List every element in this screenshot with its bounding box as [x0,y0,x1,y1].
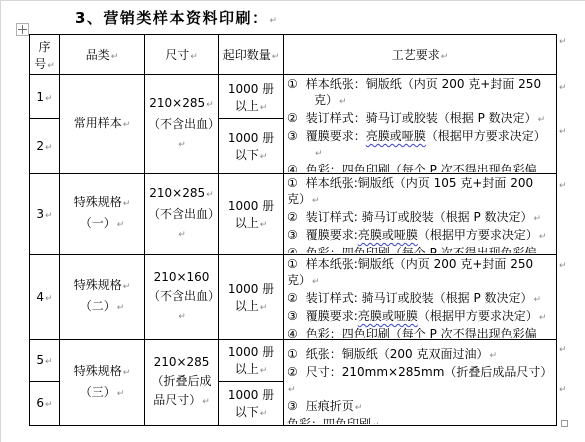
requirement-text: 覆膜要求: [306,228,358,242]
requirement-line: ③覆膜要求:亮膜或哑膜（根据甲方要求决定）↵ [287,308,553,326]
size-cell: 210×285↵ （不含出血）↵ [145,174,219,255]
requirement-line: 色彩：四色印刷↵ [287,416,553,424]
seq-value: 2 [36,139,44,153]
requirements-list: ①样本纸张:铜版纸（内页 200 克+封面 250 克）↵ ②装订样式: 骑马订… [287,256,553,338]
requirement-text: 色彩：四色印刷（每个 P [306,246,441,253]
spellcheck-underlined-text: 次不得 [441,327,477,338]
requirement-text: （根据甲方要求决定） [418,309,538,323]
requirement-line: ②装订样式：骑马订或胶装（根据 P 数决定）↵ [287,110,553,128]
quantity-value: 1000 册以上 [228,199,274,230]
spellcheck-underlined-text: 次不得 [441,246,477,253]
requirement-text: （根据甲方要求决定） [426,129,546,143]
cell-mark: ↵ [117,303,125,313]
quantity-cell: 1000 册以上↵ [219,75,284,119]
cell-mark: ↵ [260,303,268,313]
paragraph-mark: ↵ [312,277,320,287]
quantity-value: 1000 册以上 [228,282,274,313]
cell-mark: ↵ [206,100,214,110]
cell-mark: ↵ [45,294,53,304]
quantity-cell: 1000 册以下↵ [219,381,284,425]
seq-cell: 5↵ [30,340,60,382]
requirement-text: 色彩：四色印刷（每个 P [306,163,441,172]
seq-cell: 4↵ [30,255,60,340]
requirement-line: ④色彩：四色印刷（每个 P 次不得出现色彩偏差）↵ [287,162,553,172]
cell-mark: ↵ [123,368,131,378]
category-text: 常用样本↵ [63,114,141,135]
quantity-cell: 1000 册以上↵ [219,340,284,382]
requirements-cell: ①纸张：铜版纸（200 克双面过油）↵ ②尺寸：210mm×285mm（折叠后成… [284,340,557,426]
cell-mark: ↵ [117,389,125,399]
requirement-text: 样本纸张:铜版纸（内页 105 克+封面 200 克） [287,176,533,206]
seq-value: 3 [36,207,44,221]
requirements-list: ①纸张：铜版纸（200 克双面过油）↵ ②尺寸：210mm×285mm（折叠后成… [287,341,553,424]
paragraph-mark: ↵ [312,196,320,206]
requirement-text: 装订样式: 骑马订或胶装（根据 P 数决定） [306,210,533,224]
quantity-cell: 1000 册以上↵ [219,255,284,340]
seq-value: 6 [36,396,44,410]
requirement-text: 压痕折页 [306,399,354,413]
table-row: 5↵ 特殊规格↵ （三）↵ 210×285（折叠后成品尺寸）↵ 1000 册以上… [30,340,557,382]
cell-mark: ↵ [260,220,268,230]
size-cell: 210×160（不含出血）↵ [145,255,219,340]
requirement-line: ③覆膜要求：亮膜或哑膜（根据甲方要求决定）↵ [287,128,553,162]
table-row: 3↵ 特殊规格↵ （一）↵ 210×285↵ （不含出血）↵ 1000 册以上↵… [30,174,557,255]
header-quantity: 起印数量↵ [219,35,284,75]
table-row: 4↵ 特殊规格↵ （二）↵ 210×160（不含出血）↵ 1000 册以上↵ ①… [30,255,557,340]
category-text: （一）↵ [63,214,141,235]
item-number: ④ [287,246,298,253]
table-header-row: 序号↵ 品类↵ 尺寸↵ 起印数量↵ 工艺要求↵ [30,35,557,75]
end-of-row-mark: ↵ [559,181,567,191]
category-cell: 常用样本↵ [60,75,145,174]
requirement-text: 装订样式：骑马订或胶装（根据 P 数决定） [306,111,537,125]
category-cell: 特殊规格↵ （二）↵ [60,255,145,340]
quantity-cell: 1000 册以上↵ [219,174,284,255]
section-title-text: 3、营销类样本资料印刷： [75,9,268,27]
item-number: ② [287,111,298,125]
item-number: ② [287,291,298,305]
table-resize-handle[interactable] [561,420,568,427]
item-number: ③ [287,228,298,242]
paragraph-mark: ↵ [355,403,363,413]
header-label: 品类 [86,48,110,62]
size-line: （不含出血）↵ [148,205,215,245]
paragraph-mark: ↵ [315,149,323,159]
cell-mark: ↵ [111,52,119,62]
end-of-row-mark: ↵ [559,127,567,137]
end-of-row-mark: ↵ [559,261,567,271]
document-page: 3、营销类样本资料印刷：↵ 序号↵ 品类↵ 尺寸↵ 起印数量↵ 工艺要求↵ 1↵… [0,0,585,442]
item-number: ② [287,365,298,379]
header-requirements: 工艺要求↵ [284,35,557,75]
paragraph-mark: ↵ [539,313,547,323]
quantity-value: 1000 册以上 [228,345,274,376]
cell-mark: ↵ [272,52,280,62]
requirements-cell: ①样本纸张:铜版纸（内页 200 克+封面 250 克）↵ ②装订样式: 骑马订… [284,255,557,340]
cell-mark: ↵ [260,152,268,162]
end-of-row-mark: ↵ [559,345,567,355]
seq-value: 1 [36,90,44,104]
requirement-line: ④色彩：四色印刷（每个 P 次不得出现色彩偏差）↵ [287,326,553,338]
item-number: ③ [287,309,298,323]
size-line: 210×160（不含出血）↵ [148,268,215,327]
cell-mark: ↵ [260,366,268,376]
section-title: 3、营销类样本资料印刷：↵ [75,7,277,28]
seq-cell: 6↵ [30,381,60,425]
requirement-text: 尺寸：210mm×285mm（折叠后成品尺寸） [306,365,553,379]
seq-value: 4 [36,290,44,304]
requirement-line: ②装订样式: 骑马订或胶装（根据 P 数决定）↵ [287,290,553,308]
cell-mark: ↵ [45,211,53,221]
paragraph-mark: ↵ [539,232,547,242]
paragraph-mark: ↵ [288,385,296,395]
header-label: 起印数量 [223,48,271,62]
spellcheck-underlined-text: 亮膜或哑膜 [358,228,418,242]
requirement-text: 覆膜要求: [306,309,358,323]
table-row: 1↵ 常用样本↵ 210×285↵ （不含出血）↵ 1000 册以上↵ ①样本纸… [30,75,557,119]
cell-mark: ↵ [117,220,125,230]
size-line: 210×285↵ [148,184,215,205]
size-line: 210×285（折叠后成品尺寸）↵ [148,353,215,412]
cell-mark: ↵ [45,94,53,104]
requirement-line: ①纸张：铜版纸（200 克双面过油）↵ [287,346,553,364]
cell-mark: ↵ [45,357,53,367]
end-of-row-mark: ↵ [559,37,567,47]
cell-mark: ↵ [47,61,55,71]
requirement-text: 样本纸张:铜版纸（内页 200 克+封面 250 克） [287,257,533,287]
requirements-list: ①样本纸张:铜版纸（内页 105 克+封面 200 克）↵ ②装订样式: 骑马订… [287,175,553,253]
end-of-row-mark: ↵ [559,385,567,395]
cell-mark: ↵ [123,199,131,209]
quantity-cell: 1000 册以下↵ [219,119,284,174]
spellcheck-underlined-text: 次不得 [441,163,477,172]
item-number: ① [287,176,298,190]
size-cell: 210×285（折叠后成品尺寸）↵ [145,340,219,426]
requirement-line: ②尺寸：210mm×285mm（折叠后成品尺寸）↵ [287,364,553,398]
quantity-value: 1000 册以下 [228,388,274,419]
paragraph-mark: ↵ [339,97,347,107]
end-of-row-mark: ↵ [559,83,567,93]
cell-mark: ↵ [123,120,131,130]
requirements-cell: ①样本纸张:铜版纸（内页 105 克+封面 200 克）↵ ②装订样式: 骑马订… [284,174,557,255]
cell-mark: ↵ [178,312,186,322]
header-seq: 序号↵ [30,35,60,75]
item-number: ④ [287,163,298,172]
cell-mark: ↵ [202,397,210,407]
requirement-text: 纸张：铜版纸（200 克双面过油） [306,347,489,361]
cell-mark: ↵ [178,140,186,150]
header-category: 品类↵ [60,35,145,75]
requirement-text: 色彩：四色印刷 [287,417,371,424]
requirement-line: ③压痕折页↵ [287,398,553,416]
requirement-text: 色彩：四色印刷（每个 P [306,327,441,338]
item-number: ④ [287,327,298,338]
requirement-text: 覆膜要求： [306,129,366,143]
item-number: ③ [287,399,298,413]
size-line: （不含出血）↵ [148,115,215,155]
cell-mark: ↵ [260,103,268,113]
requirement-line: ①样本纸张:铜版纸（内页 200 克+封面 250 克）↵ [287,256,553,290]
item-number: ① [287,347,298,361]
requirement-line: ①样本纸张：铜版纸（内页 200 克+封面 250 克）↵ [287,76,553,110]
requirements-list: ①样本纸张：铜版纸（内页 200 克+封面 250 克）↵ ②装订样式：骑马订或… [287,76,553,172]
quantity-value: 1000 册以下 [228,131,274,162]
cell-mark: ↵ [45,400,53,410]
cell-mark: ↵ [441,52,449,62]
category-text: （二）↵ [63,297,141,318]
seq-cell: 3↵ [30,174,60,255]
paragraph-mark: ↵ [534,214,542,224]
paragraph-mark: ↵ [534,295,542,305]
cell-mark: ↵ [206,190,214,200]
move-cross-icon [22,25,23,34]
item-number: ③ [287,129,298,143]
paragraph-mark: ↵ [372,421,380,424]
requirement-line: ④色彩：四色印刷（每个 P 次不得出现色彩偏差）↵ [287,245,553,253]
requirement-line: ①样本纸张:铜版纸（内页 105 克+封面 200 克）↵ [287,175,553,209]
category-cell: 特殊规格↵ （一）↵ [60,174,145,255]
cell-mark: ↵ [178,230,186,240]
item-number: ① [287,77,298,91]
header-label: 尺寸 [165,48,189,62]
cell-mark: ↵ [190,52,198,62]
category-text: 特殊规格↵ [63,362,141,383]
seq-cell: 2↵ [30,119,60,174]
header-size: 尺寸↵ [145,35,219,75]
requirements-cell: ①样本纸张：铜版纸（内页 200 克+封面 250 克）↵ ②装订样式：骑马订或… [284,75,557,174]
cell-mark: ↵ [260,409,268,419]
paragraph-mark: ↵ [490,351,498,361]
seq-value: 5 [36,353,44,367]
category-cell: 特殊规格↵ （三）↵ [60,340,145,426]
seq-cell: 1↵ [30,75,60,119]
item-number: ② [287,210,298,224]
requirement-text: 装订样式: 骑马订或胶装（根据 P 数决定） [306,291,533,305]
spellcheck-underlined-text: 亮膜或哑膜 [358,309,418,323]
category-text: 特殊规格↵ [63,193,141,214]
print-spec-table: 序号↵ 品类↵ 尺寸↵ 起印数量↵ 工艺要求↵ 1↵ 常用样本↵ 210×285… [29,34,557,426]
size-line: 210×285↵ [148,94,215,115]
quantity-value: 1000 册以上 [228,82,274,113]
table-move-handle[interactable] [16,23,29,36]
paragraph-mark: ↵ [538,115,546,125]
cell-mark: ↵ [45,143,53,153]
category-text: 特殊规格↵ [63,276,141,297]
requirement-line: ③覆膜要求:亮膜或哑膜（根据甲方要求决定）↵ [287,227,553,245]
category-text: （三）↵ [63,383,141,404]
item-number: ① [287,257,298,271]
requirement-line: ②装订样式: 骑马订或胶装（根据 P 数决定）↵ [287,209,553,227]
header-label: 工艺要求 [392,48,440,62]
size-cell: 210×285↵ （不含出血）↵ [145,75,219,174]
spellcheck-underlined-text: 亮膜或哑膜 [366,129,426,143]
paragraph-mark: ↵ [269,16,277,26]
cell-mark: ↵ [123,282,131,292]
requirement-text: （根据甲方要求决定） [418,228,538,242]
